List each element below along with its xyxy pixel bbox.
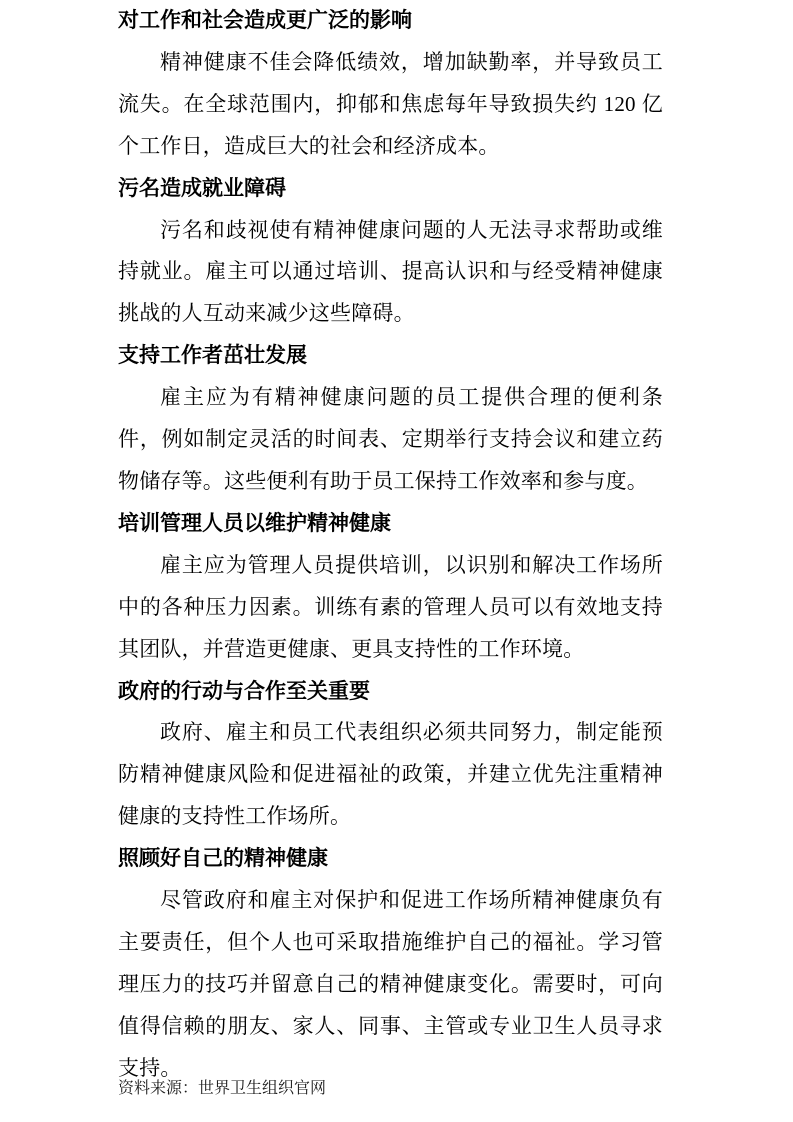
section-heading: 培训管理人员以维护精神健康 (118, 503, 663, 545)
section-train-managers: 培训管理人员以维护精神健康 雇主应为管理人员提供培训，以识别和解决工作场所中的各… (118, 503, 663, 671)
section-wider-impact: 对工作和社会造成更广泛的影响 精神健康不佳会降低绩效，增加缺勤率，并导致员工流失… (118, 0, 663, 168)
section-paragraph: 污名和歧视使有精神健康问题的人无法寻求帮助或维持就业。雇主可以通过培训、提高认识… (118, 210, 663, 336)
section-heading: 对工作和社会造成更广泛的影响 (118, 0, 663, 42)
section-paragraph: 尽管政府和雇主对保护和促进工作场所精神健康负有主要责任，但个人也可采取措施维护自… (118, 880, 663, 1090)
section-support-workers: 支持工作者茁壮发展 雇主应为有精神健康问题的员工提供合理的便利条件，例如制定灵活… (118, 335, 663, 503)
section-heading: 污名造成就业障碍 (118, 168, 663, 210)
section-government-action: 政府的行动与合作至关重要 政府、雇主和员工代表组织必须共同努力，制定能预防精神健… (118, 671, 663, 839)
document-page: 对工作和社会造成更广泛的影响 精神健康不佳会降低绩效，增加缺勤率，并导致员工流失… (0, 0, 793, 1122)
section-heading: 政府的行动与合作至关重要 (118, 671, 663, 713)
source-note-text: 资料来源：世界卫生组织官网 (118, 1080, 326, 1097)
section-paragraph: 雇主应为有精神健康问题的员工提供合理的便利条件，例如制定灵活的时间表、定期举行支… (118, 377, 663, 503)
document-body: 对工作和社会造成更广泛的影响 精神健康不佳会降低绩效，增加缺勤率，并导致员工流失… (118, 0, 663, 1090)
section-heading: 照顾好自己的精神健康 (118, 838, 663, 880)
section-paragraph: 雇主应为管理人员提供培训，以识别和解决工作场所中的各种压力因素。训练有素的管理人… (118, 545, 663, 671)
section-self-care: 照顾好自己的精神健康 尽管政府和雇主对保护和促进工作场所精神健康负有主要责任，但… (118, 838, 663, 1089)
section-heading: 支持工作者茁壮发展 (118, 335, 663, 377)
section-paragraph: 政府、雇主和员工代表组织必须共同努力，制定能预防精神健康风险和促进福祉的政策，并… (118, 712, 663, 838)
source-note: 资料来源：世界卫生组织官网 (118, 1079, 326, 1099)
section-paragraph: 精神健康不佳会降低绩效，增加缺勤率，并导致员工流失。在全球范围内，抑郁和焦虑每年… (118, 42, 663, 168)
section-stigma-barrier: 污名造成就业障碍 污名和歧视使有精神健康问题的人无法寻求帮助或维持就业。雇主可以… (118, 168, 663, 336)
